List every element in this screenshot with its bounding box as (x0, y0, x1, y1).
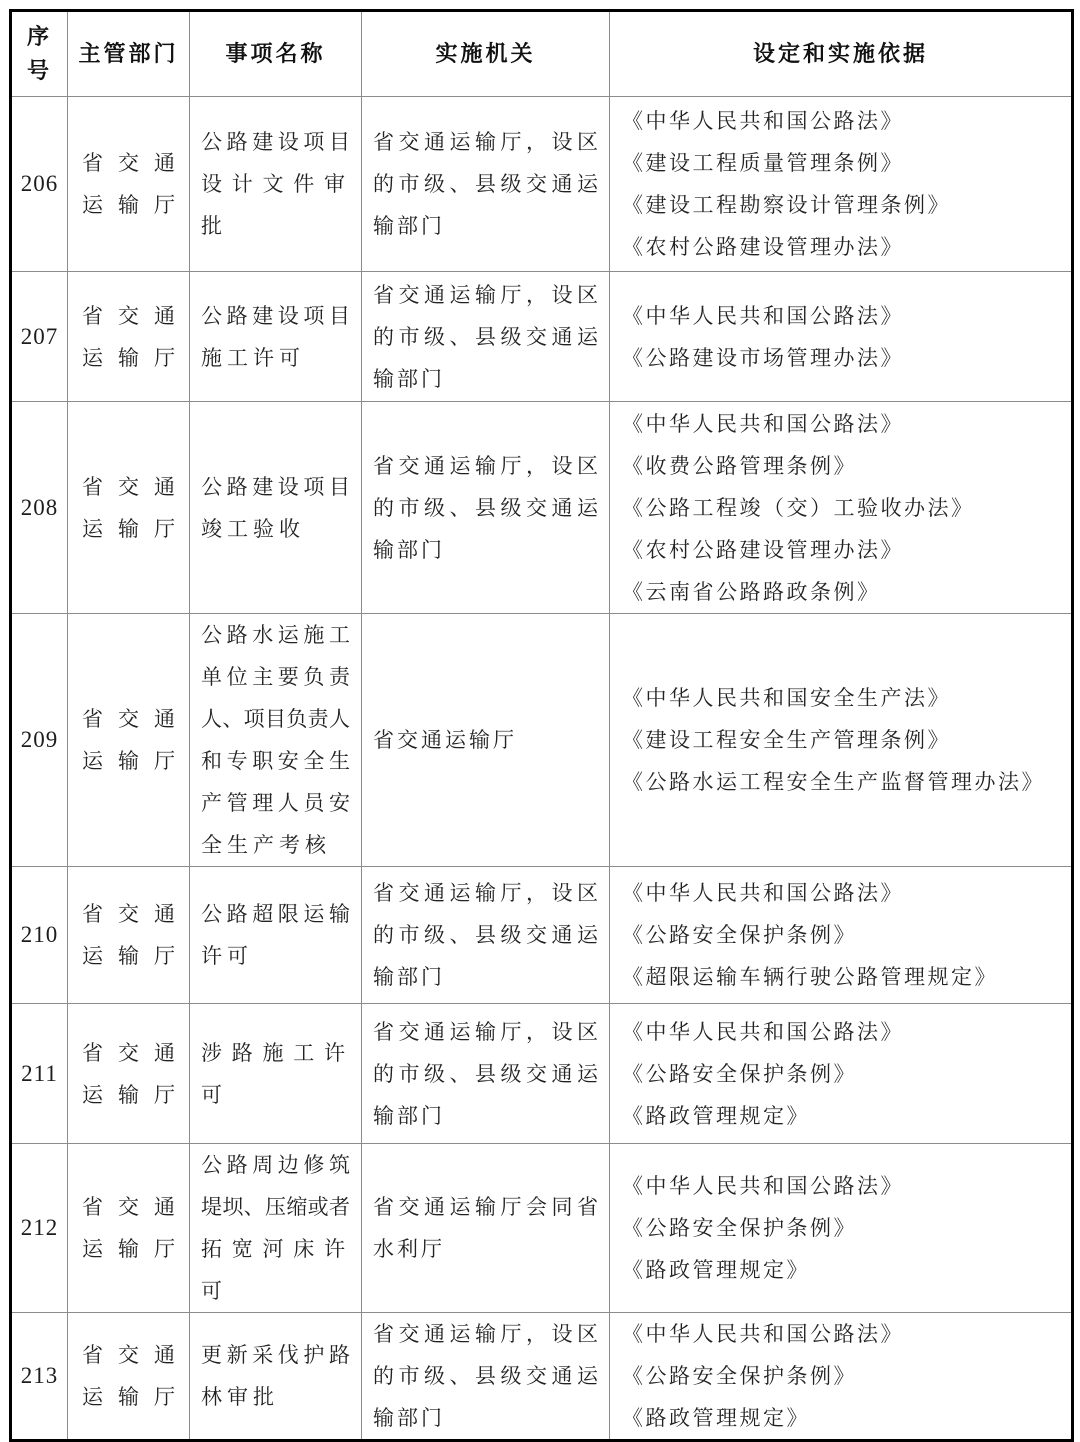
legal-basis-cell: 《中华人民共和国公路法》《公路安全保护条例》《超限运输车辆行驶公路管理规定》 (610, 867, 1073, 1004)
table-header-row: 序 号 主管部门 事项名称 实施机关 设定和实施依据 (11, 11, 1073, 97)
department-cell: 省交通运输厅 (68, 272, 190, 402)
item-name-cell: 公路超限运输许可 (190, 867, 362, 1004)
department-cell: 省交通运输厅 (68, 614, 190, 867)
item-name-cell: 公路建设项目施工许可 (190, 272, 362, 402)
agency-cell: 省交通运输厅 (362, 614, 610, 867)
col-header-item-name: 事项名称 (190, 11, 362, 97)
col-header-department: 主管部门 (68, 11, 190, 97)
agency-cell: 省交通运输厅，设区的市级、县级交通运输部门 (362, 97, 610, 272)
legal-basis-cell: 《中华人民共和国公路法》《公路安全保护条例》《路政管理规定》 (610, 1004, 1073, 1144)
table-row: 211 省交通运输厅 涉路施工许可 省交通运输厅，设区的市级、县级交通运输部门 … (11, 1004, 1073, 1144)
table-row: 212 省交通运输厅 公路周边修筑堤坝、压缩或者拓宽河床许可 省交通运输厅会同省… (11, 1144, 1073, 1313)
legal-basis-cell: 《中华人民共和国公路法》《公路建设市场管理办法》 (610, 272, 1073, 402)
agency-cell: 省交通运输厅，设区的市级、县级交通运输部门 (362, 402, 610, 614)
col-header-serial: 序 号 (11, 11, 68, 97)
legal-basis-cell: 《中华人民共和国公路法》《公路安全保护条例》《路政管理规定》 (610, 1144, 1073, 1313)
agency-cell: 省交通运输厅，设区的市级、县级交通运输部门 (362, 867, 610, 1004)
department-cell: 省交通运输厅 (68, 402, 190, 614)
serial-cell: 206 (11, 97, 68, 272)
table-row: 206 省交通运输厅 公路建设项目设计文件审批 省交通运输厅，设区的市级、县级交… (11, 97, 1073, 272)
approval-items-table: 序 号 主管部门 事项名称 实施机关 设定和实施依据 206 省交通运输厅 公路… (9, 9, 1074, 1442)
col-header-implementing-agency: 实施机关 (362, 11, 610, 97)
serial-cell: 209 (11, 614, 68, 867)
legal-basis-cell: 《中华人民共和国公路法》《公路安全保护条例》《路政管理规定》 (610, 1313, 1073, 1441)
item-name-cell: 公路建设项目竣工验收 (190, 402, 362, 614)
item-name-cell: 公路水运施工单位主要负责人、项目负责人和专职安全生产管理人员安全生产考核 (190, 614, 362, 867)
table-row: 209 省交通运输厅 公路水运施工单位主要负责人、项目负责人和专职安全生产管理人… (11, 614, 1073, 867)
item-name-cell: 涉路施工许可 (190, 1004, 362, 1144)
agency-cell: 省交通运输厅会同省水利厅 (362, 1144, 610, 1313)
item-name-cell: 公路建设项目设计文件审批 (190, 97, 362, 272)
table-row: 210 省交通运输厅 公路超限运输许可 省交通运输厅，设区的市级、县级交通运输部… (11, 867, 1073, 1004)
serial-cell: 210 (11, 867, 68, 1004)
item-name-cell: 更新采伐护路林审批 (190, 1313, 362, 1441)
serial-cell: 213 (11, 1313, 68, 1441)
col-header-legal-basis: 设定和实施依据 (610, 11, 1073, 97)
department-cell: 省交通运输厅 (68, 1313, 190, 1441)
legal-basis-cell: 《中华人民共和国安全生产法》《建设工程安全生产管理条例》《公路水运工程安全生产监… (610, 614, 1073, 867)
legal-basis-cell: 《中华人民共和国公路法》《建设工程质量管理条例》《建设工程勘察设计管理条例》《农… (610, 97, 1073, 272)
department-cell: 省交通运输厅 (68, 97, 190, 272)
department-cell: 省交通运输厅 (68, 867, 190, 1004)
item-name-cell: 公路周边修筑堤坝、压缩或者拓宽河床许可 (190, 1144, 362, 1313)
agency-cell: 省交通运输厅，设区的市级、县级交通运输部门 (362, 272, 610, 402)
serial-cell: 208 (11, 402, 68, 614)
serial-cell: 207 (11, 272, 68, 402)
agency-cell: 省交通运输厅，设区的市级、县级交通运输部门 (362, 1313, 610, 1441)
agency-cell: 省交通运输厅，设区的市级、县级交通运输部门 (362, 1004, 610, 1144)
department-cell: 省交通运输厅 (68, 1004, 190, 1144)
table-row: 208 省交通运输厅 公路建设项目竣工验收 省交通运输厅，设区的市级、县级交通运… (11, 402, 1073, 614)
legal-basis-cell: 《中华人民共和国公路法》《收费公路管理条例》《公路工程竣（交）工验收办法》《农村… (610, 402, 1073, 614)
table-row: 213 省交通运输厅 更新采伐护路林审批 省交通运输厅，设区的市级、县级交通运输… (11, 1313, 1073, 1441)
serial-cell: 211 (11, 1004, 68, 1144)
table-row: 207 省交通运输厅 公路建设项目施工许可 省交通运输厅，设区的市级、县级交通运… (11, 272, 1073, 402)
department-cell: 省交通运输厅 (68, 1144, 190, 1313)
serial-cell: 212 (11, 1144, 68, 1313)
document-page: 序 号 主管部门 事项名称 实施机关 设定和实施依据 206 省交通运输厅 公路… (0, 0, 1080, 1403)
